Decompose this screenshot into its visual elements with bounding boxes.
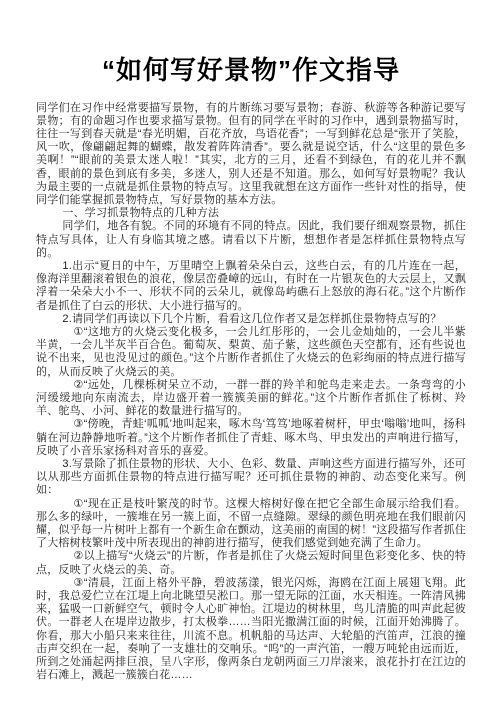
paragraph-observe-features: 同学们，地各有貌。不同的环境有不同的特点。因此，我们要仔细观察景物，抓住特点写具… [36, 220, 466, 260]
document-title-text: “如何写好景物”作文指导 [102, 55, 400, 85]
document-page: “如何写好景物”作文指导 同学们在习作中经常要描写景物，有的片断练习要写景物；春… [0, 0, 500, 707]
paragraph-item-2-oaks-antelopes: ②“远处，几棵栎树呆立不动，一群一群的羚羊和鸵鸟走来走去。一条弯弯的小河缓缓地向… [36, 379, 466, 419]
paragraph-example-1-clouds: 1.出示“夏日的中午，万里晴空上飘着朵朵白云，这些白云，有的几片连在一起，像海洋… [36, 260, 466, 313]
paragraph-prompt-3: 3.写景除了抓住景物的形状、大小、色彩、数量、声响这些方面进行描写外，还可以从那… [36, 458, 466, 498]
intro-paragraph: 同学们在习作中经常要描写景物，有的片断练习要写景物；春游、秋游等各种游记要写景物… [36, 102, 466, 208]
paragraph-item-3-river-morning: ③“清晨，江面上格外平静，碧波荡漾，银光闪烁，海鸥在江面上展翅飞翔。此时，我总爱… [36, 577, 466, 683]
paragraph-item-1-sunset-clouds: ①“这地方的火烧云变化极多，一会儿红彤彤的，一会儿金灿灿的，一会儿半紫半黄，一会… [36, 326, 466, 379]
document-title: “如何写好景物”作文指导 [36, 54, 466, 87]
section-heading-1: 一、学习抓景物特点的几种方法 [36, 207, 466, 220]
paragraph-prompt-2: 2.请同学们再读以下几个片断，看看这几位作者又是怎样抓住景物特点写的？ [36, 313, 466, 326]
paragraph-item-3-frogs-sounds: ③“傍晚，青蛙‘呱呱’地叫起来，啄木鸟‘笃笃’地啄着树杆，甲虫‘嗡嗡’地叫，扬科… [36, 418, 466, 458]
paragraph-item-1-banyan-tree: ①“现在正是枝叶繁茂的时节。这棵大榕树好像在把它全部生命展示给我们看。那么多的绿… [36, 498, 466, 551]
paragraph-item-2-sunset-summary: ②以上描写“火烧云”的片断，作者是抓住了火烧云短时间里色彩变化多、快的特点，反映… [36, 550, 466, 576]
document-body: 同学们在习作中经常要描写景物，有的片断练习要写景物；春游、秋游等各种游记要写景物… [36, 102, 466, 683]
